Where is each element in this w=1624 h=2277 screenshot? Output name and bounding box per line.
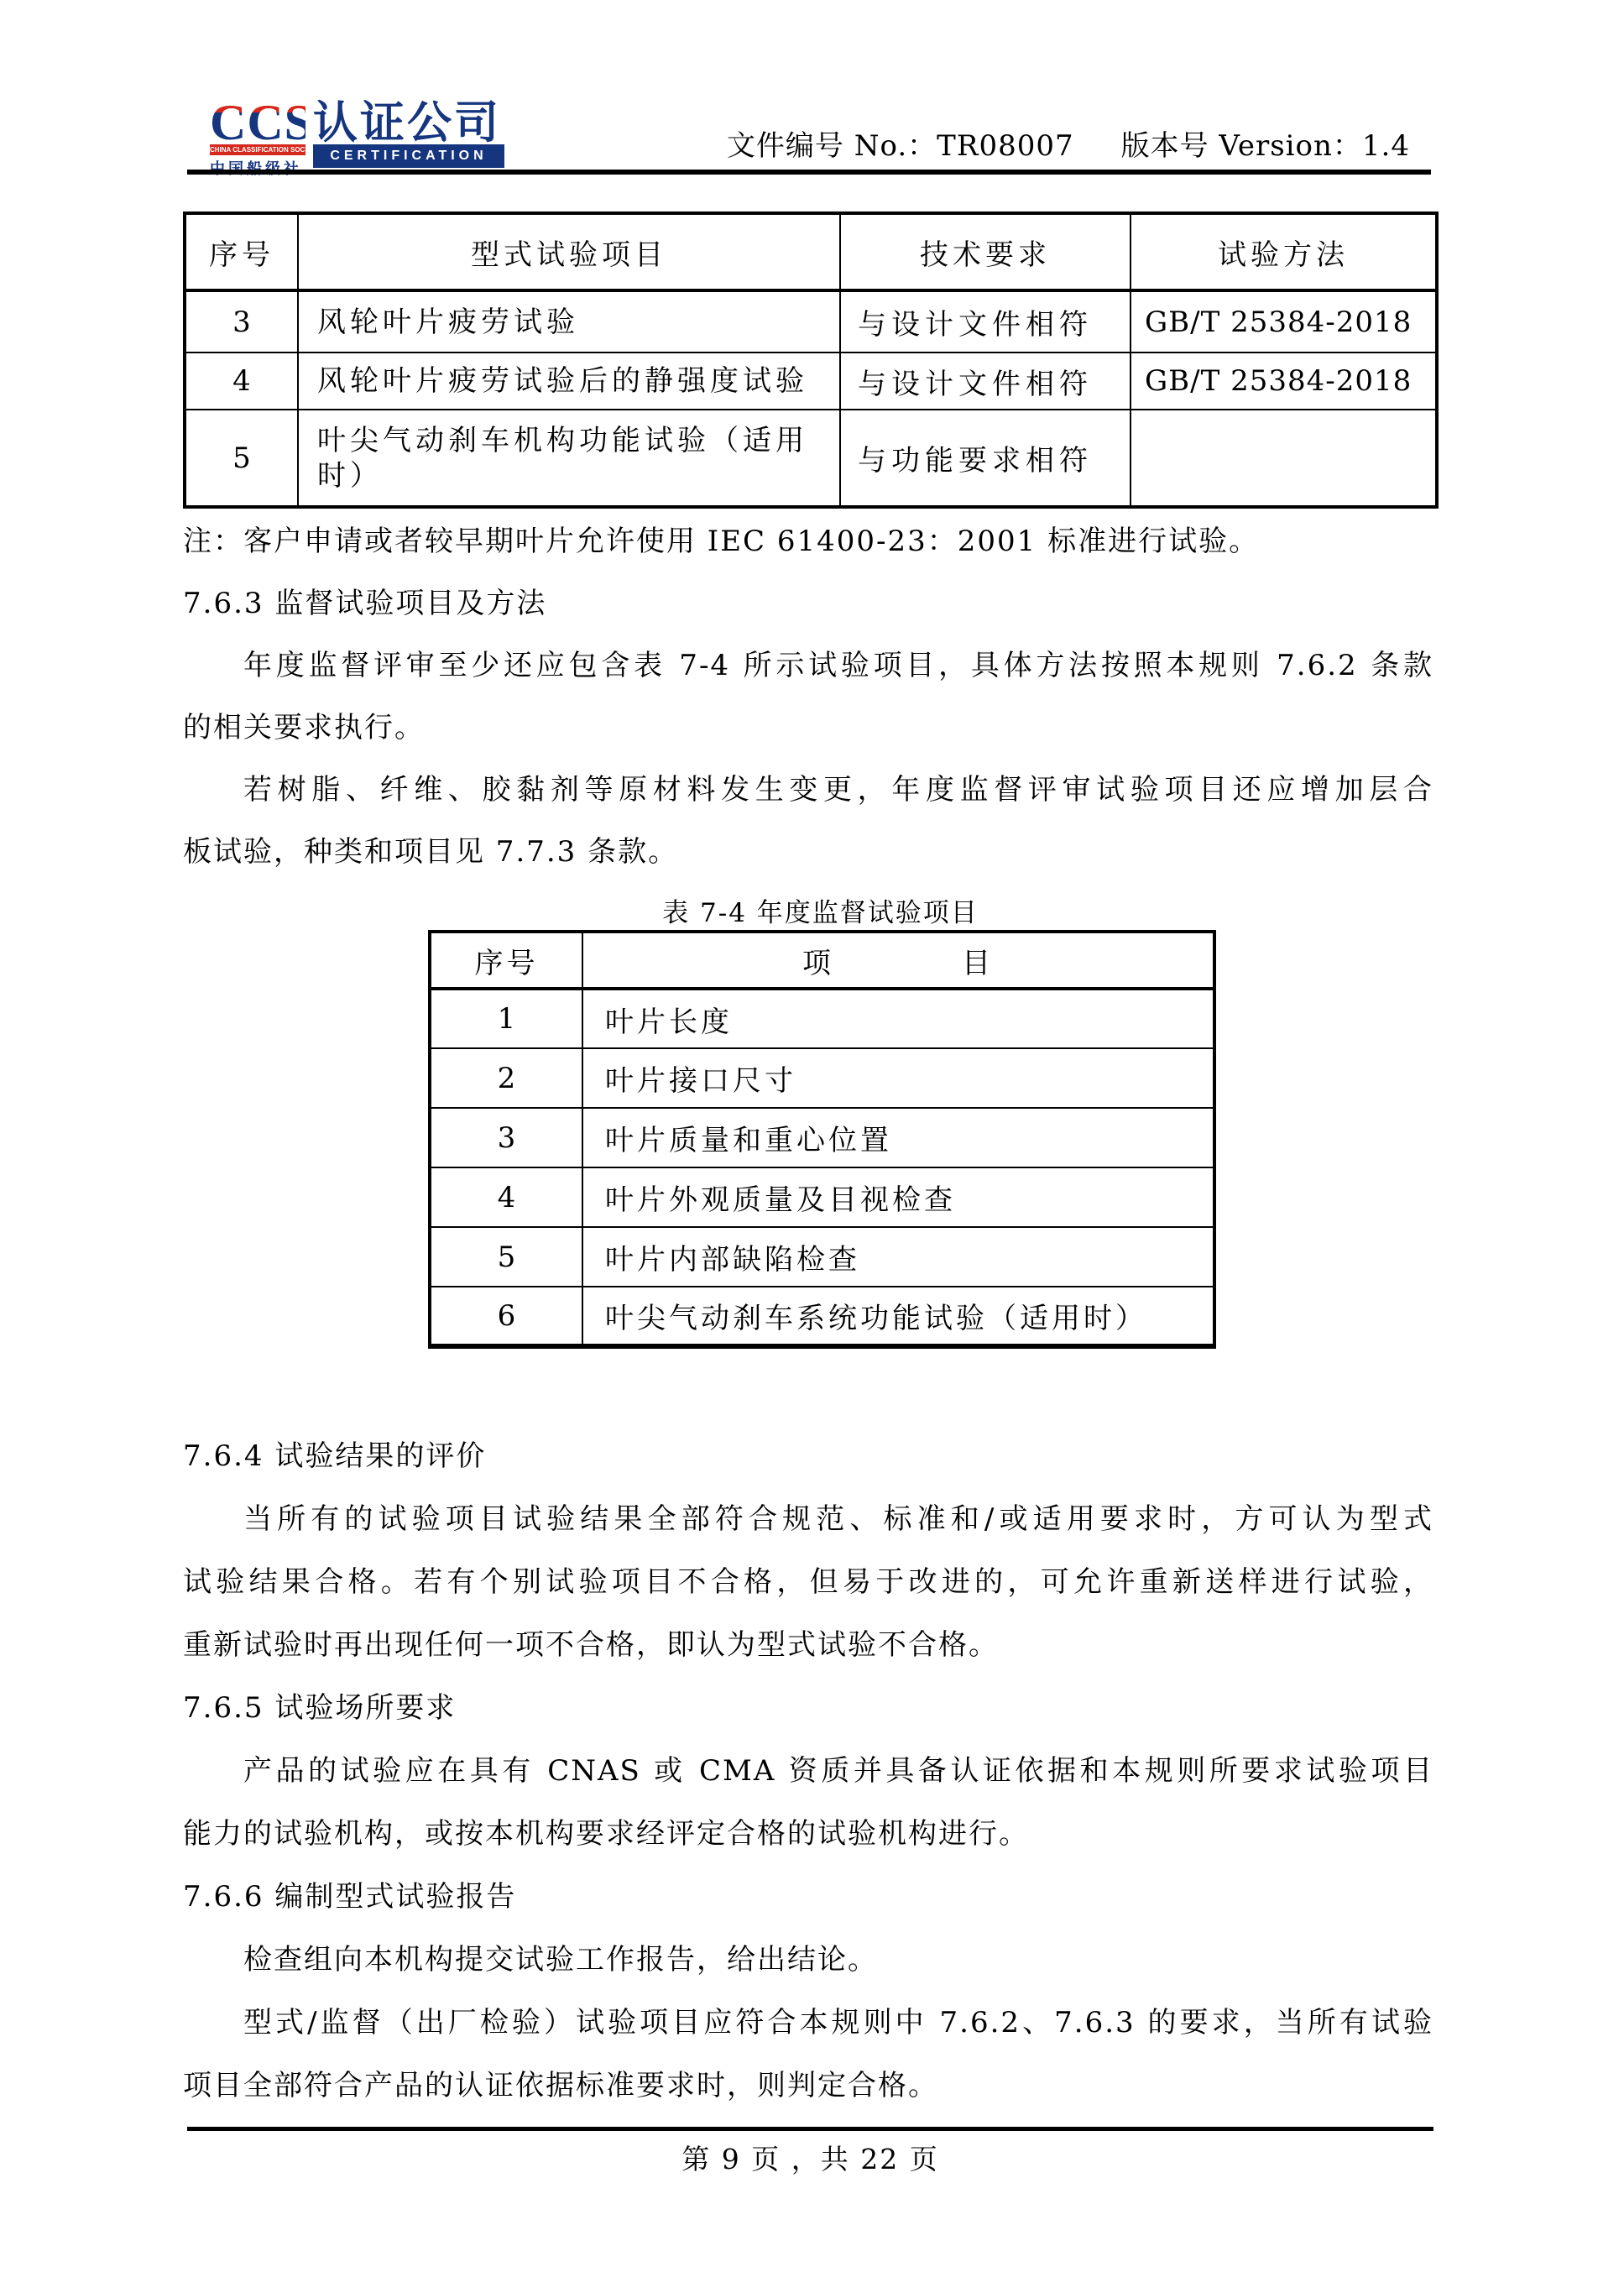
column-header: 序号 <box>430 932 582 989</box>
table-cell: 5 <box>185 410 298 507</box>
table-header-row: 序号 项 目 <box>430 932 1214 989</box>
section-763-block: 注：客户申请或者较早期叶片允许使用 IEC 61400-23：2001 标准进行… <box>183 510 1433 883</box>
paragraph-line: 试验结果合格。若有个别试验项目不合格，但易于改进的，可允许重新送样进行试验， <box>183 1551 1433 1614</box>
table-row: 1 叶片长度 <box>430 989 1214 1048</box>
table-cell <box>1131 410 1437 507</box>
doc-no-label: 文件编号 No.：TR08007 <box>727 123 1074 164</box>
paragraph-line: 型式/监督（出厂检验）试验项目应符合本规则中 7.6.2、7.6.3 的要求，当… <box>183 1992 1433 2055</box>
ccs-logo: CCS CHINA CLASSIFICATION SOCIETY 中国船级社 认… <box>210 101 504 179</box>
table-cell: 叶片外观质量及目视检查 <box>582 1167 1214 1227</box>
table-row: 6 叶尖气动刹车系统功能试验（适用时） <box>430 1287 1214 1346</box>
column-header: 型式试验项目 <box>298 213 840 290</box>
column-header: 序号 <box>185 213 298 290</box>
table-cell: GB/T 25384-2018 <box>1131 290 1437 353</box>
ccs-logo-left: CCS CHINA CLASSIFICATION SOCIETY 中国船级社 <box>210 101 305 179</box>
table-cell: 4 <box>185 353 298 410</box>
note-line: 注：客户申请或者较早期叶片允许使用 IEC 61400-23：2001 标准进行… <box>183 510 1433 572</box>
paragraph-line: 若树脂、纤维、胶黏剂等原材料发生变更，年度监督评审试验项目还应增加层合 <box>183 759 1433 821</box>
table-row: 3 风轮叶片疲劳试验 与设计文件相符 GB/T 25384-2018 <box>185 290 1437 353</box>
document-page: CCS CHINA CLASSIFICATION SOCIETY 中国船级社 认… <box>0 0 1624 2277</box>
paragraph-line: 项目全部符合产品的认证依据标准要求时，则判定合格。 <box>183 2055 1433 2118</box>
table-cell: 与功能要求相符 <box>840 410 1131 507</box>
column-header: 试验方法 <box>1131 213 1437 290</box>
type-test-table: 序号 型式试验项目 技术要求 试验方法 3 风轮叶片疲劳试验 与设计文件相符 G… <box>183 212 1439 509</box>
paragraph-line: 年度监督评审至少还应包含表 7-4 所示试验项目，具体方法按照本规则 7.6.2… <box>183 635 1433 697</box>
page-number: 第 9 页 ，共 22 页 <box>187 2134 1433 2185</box>
paragraph-line: 的相关要求执行。 <box>183 697 1433 759</box>
ccs-certification-bar: CERTIFICATION <box>313 144 504 168</box>
table-cell: 叶片质量和重心位置 <box>582 1108 1214 1167</box>
table-cell: 3 <box>430 1108 582 1167</box>
document-number: 文件编号 No.：TR08007 版本号 Version：1.4 <box>727 123 1410 164</box>
section-heading-764: 7.6.4 试验结果的评价 <box>183 1425 1433 1488</box>
table-cell: 风轮叶片疲劳试验后的静强度试验 <box>298 353 840 410</box>
table-cell: 叶尖气动刹车系统功能试验（适用时） <box>582 1287 1214 1346</box>
annual-supervision-test-table: 序号 项 目 1 叶片长度 2 叶片接口尺寸 3 叶片质量和重心位置 4 叶片外… <box>428 930 1216 1349</box>
table-cell: 3 <box>185 290 298 353</box>
table-row: 3 叶片质量和重心位置 <box>430 1108 1214 1167</box>
table-cell: 叶片内部缺陷检查 <box>582 1227 1214 1287</box>
ccs-society-cn: 中国船级社 <box>210 157 305 179</box>
ccs-society-en-bar: CHINA CLASSIFICATION SOCIETY <box>210 144 305 155</box>
table-cell: 4 <box>430 1167 582 1227</box>
table-row: 4 叶片外观质量及目视检查 <box>430 1167 1214 1227</box>
footer-rule <box>187 2127 1433 2131</box>
paragraph-line: 检查组向本机构提交试验工作报告，给出结论。 <box>183 1929 1433 1992</box>
column-header: 项 目 <box>582 932 1214 989</box>
paragraph-line: 当所有的试验项目试验结果全部符合规范、标准和/或适用要求时，方可认为型式 <box>183 1488 1433 1551</box>
table-cell: 6 <box>430 1287 582 1346</box>
column-header: 技术要求 <box>840 213 1131 290</box>
table-cell: 叶尖气动刹车机构功能试验（适用时） <box>298 410 840 507</box>
table-header-row: 序号 型式试验项目 技术要求 试验方法 <box>185 213 1437 290</box>
paragraph-line: 产品的试验应在具有 CNAS 或 CMA 资质并具备认证依据和本规则所要求试验项… <box>183 1740 1433 1803</box>
table-row: 4 风轮叶片疲劳试验后的静强度试验 与设计文件相符 GB/T 25384-201… <box>185 353 1437 410</box>
table-row: 5 叶尖气动刹车机构功能试验（适用时） 与功能要求相符 <box>185 410 1437 507</box>
paragraph-line: 能力的试验机构，或按本机构要求经评定合格的试验机构进行。 <box>183 1803 1433 1866</box>
header-rule <box>187 170 1431 175</box>
table-cell: 1 <box>430 989 582 1048</box>
sections-764-766-block: 7.6.4 试验结果的评价 当所有的试验项目试验结果全部符合规范、标准和/或适用… <box>183 1425 1433 2118</box>
ccs-company-name: 认证公司 <box>313 101 504 144</box>
section-heading-763: 7.6.3 监督试验项目及方法 <box>183 572 1433 635</box>
table-cell: 与设计文件相符 <box>840 290 1131 353</box>
ccs-logo-text: CCS <box>210 101 305 144</box>
ccs-logo-right: 认证公司 CERTIFICATION <box>313 101 504 168</box>
table-cell: GB/T 25384-2018 <box>1131 353 1437 410</box>
version-label: 版本号 Version：1.4 <box>1121 123 1410 164</box>
table-cell: 叶片接口尺寸 <box>582 1048 1214 1108</box>
table-cell: 5 <box>430 1227 582 1287</box>
table-row: 5 叶片内部缺陷检查 <box>430 1227 1214 1287</box>
section-heading-765: 7.6.5 试验场所要求 <box>183 1677 1433 1740</box>
table-row: 2 叶片接口尺寸 <box>430 1048 1214 1108</box>
section-heading-766: 7.6.6 编制型式试验报告 <box>183 1866 1433 1929</box>
table-cell: 与设计文件相符 <box>840 353 1131 410</box>
table-cell: 叶片长度 <box>582 989 1214 1048</box>
table-cell: 2 <box>430 1048 582 1108</box>
paragraph-line: 重新试验时再出现任何一项不合格，即认为型式试验不合格。 <box>183 1614 1433 1677</box>
table-cell: 风轮叶片疲劳试验 <box>298 290 840 353</box>
table-7-4-caption: 表 7-4 年度监督试验项目 <box>428 891 1213 929</box>
paragraph-line: 板试验，种类和项目见 7.7.3 条款。 <box>183 821 1433 883</box>
